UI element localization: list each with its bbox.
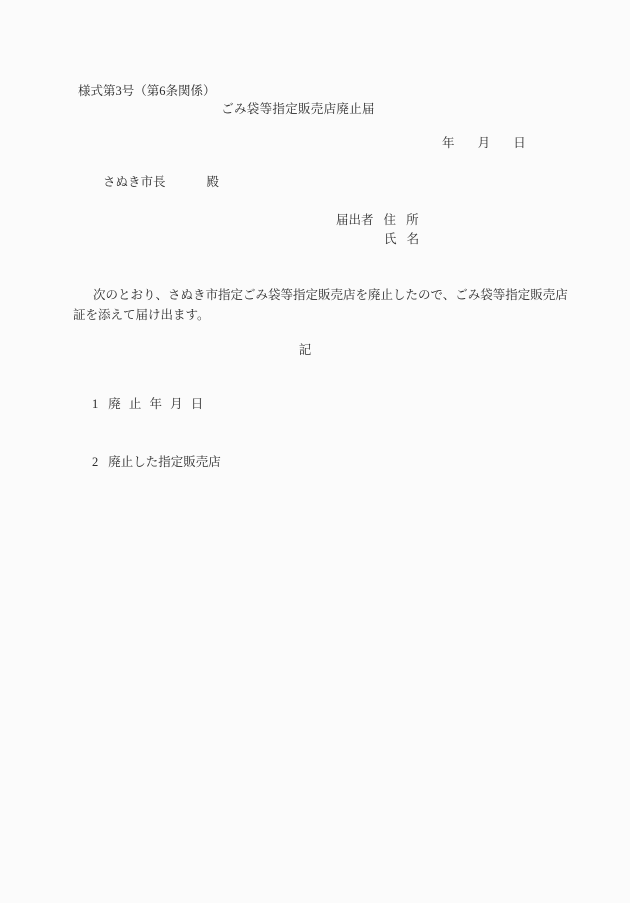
declarant-name-label: 氏 名 [384, 230, 419, 249]
body-line-1: 次のとおり、さぬき市指定ごみ袋等指定販売店を廃止したので、ごみ袋等指定販売店 [73, 286, 569, 306]
list-item-1: 1 廃 止 年 月 日 [92, 397, 203, 412]
declarant-name-row: 氏 名 [384, 230, 419, 249]
form-page: 様式第3号（第6条関係） ごみ袋等指定販売店廃止届 年 月 日 さぬき市長 殿 … [0, 0, 630, 903]
date-line: 年 月 日 [442, 136, 526, 151]
addressee-line: さぬき市長 殿 [103, 175, 219, 190]
item-1-label: 廃 止 年 月 日 [108, 397, 203, 412]
body-line-2: 証を添えて届け出ます。 [73, 306, 569, 326]
body-paragraph: 次のとおり、さぬき市指定ごみ袋等指定販売店を廃止したので、ごみ袋等指定販売店 証… [73, 286, 569, 325]
item-2-number: 2 [92, 455, 98, 470]
form-number: 様式第3号（第6条関係） [78, 84, 216, 99]
document-title: ごみ袋等指定販売店廃止届 [0, 102, 596, 117]
item-2-label: 廃止した指定販売店 [108, 455, 221, 470]
declarant-block: 届出者 住 所 氏 名 [336, 211, 419, 249]
declarant-address-label: 住 所 [384, 211, 419, 230]
declarant-address-row: 届出者 住 所 [336, 211, 419, 230]
addressee-honorific: 殿 [207, 175, 220, 190]
addressee-name: さぬき市長 [103, 175, 166, 190]
declarant-label: 届出者 [336, 211, 374, 230]
list-item-2: 2 廃止した指定販売店 [92, 455, 221, 470]
item-1-number: 1 [92, 397, 98, 412]
section-marker-ki: 記 [0, 343, 610, 358]
